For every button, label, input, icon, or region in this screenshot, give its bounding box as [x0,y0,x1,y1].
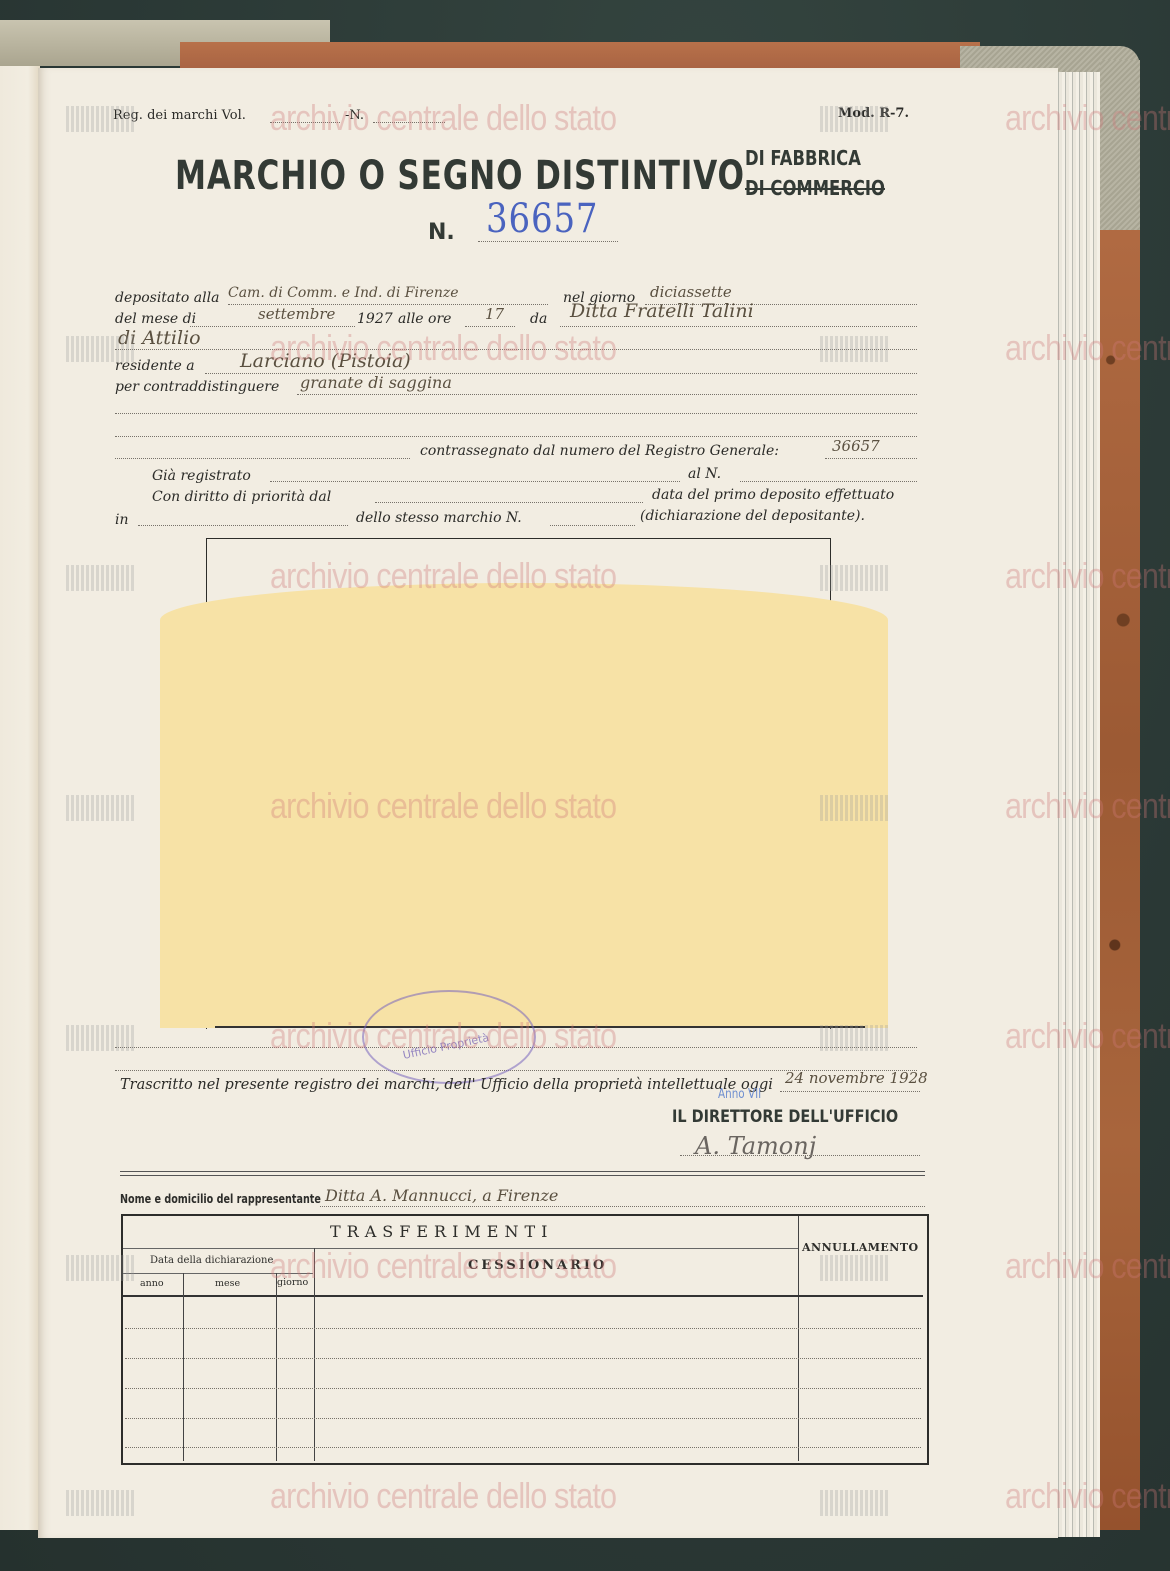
office-stamp: Ufficio Proprietà [362,990,536,1084]
blank-line-2 [115,436,917,437]
header-bottom-line [123,1295,923,1297]
da-label: da [530,311,547,327]
n-field [373,122,445,123]
book-cover-marbled-edge [1098,230,1140,1530]
separator-line-2 [120,1175,925,1176]
left-page-edge [0,40,40,1530]
registro-label: contrassegnato dal numero del Registro G… [420,443,779,459]
stesso-marchio-line [550,525,635,526]
da-line-2 [115,349,917,350]
in-label: in [115,512,129,528]
subtitle-commercio: DI COMMERCIO [745,176,885,200]
priorita-label: Con diritto di priorità dal [152,489,331,505]
annullamento-divider [798,1216,799,1461]
priorita-line [375,502,643,503]
representative-label: Nome e domicilio del rappresentante [120,1192,321,1206]
book-side-cloth [1100,60,1140,235]
registro-line [825,458,917,459]
registro-lead-line [115,458,410,459]
reg-label: Reg. dei marchi Vol. [113,108,246,123]
gia-registrato-label: Già registrato [152,468,251,484]
n-label: -N. [345,108,364,123]
book-cover-top [180,42,980,68]
subtitle-fabbrica: DI FABBRICA [745,146,861,170]
page-stack-edges [1055,72,1100,1537]
page-title: MARCHIO O SEGNO DISTINTIVO [175,153,745,199]
residente-value: Larciano (Pistoia) [240,350,411,372]
col-divider-anno [183,1273,184,1461]
table-row [125,1328,921,1329]
contraddistinguere-label: per contraddistinguere [115,379,279,395]
number-label: N. [428,220,455,245]
registro-value: 36657 [832,437,880,455]
col-annullamento: ANNULLAMENTO [802,1241,919,1254]
col-anno: anno [140,1278,164,1289]
transcription-text: Trascritto nel presente registro dei mar… [120,1077,773,1093]
director-label: IL DIRETTORE DELL'UFFICIO [672,1107,898,1127]
date-group-label: Data della dichiarazione [150,1255,273,1266]
pasted-mark-specimen [160,583,888,1028]
da-value: Ditta Fratelli Talini [570,300,754,322]
col-giorno: giorno [277,1277,308,1288]
al-n-label: al N. [688,466,721,482]
ore-line [465,326,515,327]
ore-label: alle ore [398,311,451,327]
mese-line [190,326,355,327]
stesso-marchio-label: dello stesso marchio N. [356,510,522,526]
table-row [125,1418,921,1419]
table-title: TRASFERIMENTI [330,1222,553,1241]
contraddistinguere-line [297,394,917,395]
signature-line [680,1155,920,1156]
vol-field [270,122,340,123]
in-line [138,525,348,526]
gia-registrato-line [270,481,680,482]
giorno-value: diciassette [650,283,732,301]
contraddistinguere-value: granate di saggina [300,373,452,392]
da-line [560,326,917,327]
mod-label: Mod. R-7. [838,106,909,121]
mese-value: settembre [258,305,335,323]
frame-bottom-line [215,1026,865,1028]
mese-label: del mese di [115,311,196,327]
transcription-date: 24 novembre 1928 [785,1069,928,1087]
date-group-underline [123,1273,313,1274]
da-value-2: di Attilio [118,327,201,349]
depositato-label: depositato alla [115,290,219,306]
col-divider-giorno [314,1248,315,1461]
al-n-line [740,481,917,482]
anno-value: 1927 [357,311,393,327]
depositato-value: Cam. di Comm. e Ind. di Firenze [228,285,459,301]
residente-label: residente a [115,358,195,374]
col-mese: mese [215,1278,240,1289]
number-stamp: 36657 [486,196,598,242]
dichiarazione-label: (dichiarazione del depositante). [640,508,865,524]
stamp-text: Ufficio Proprietà [402,1031,491,1062]
anno-stamp: Anno VII [718,1087,761,1102]
primo-deposito-label: data del primo deposito effettuato [652,487,894,503]
representative-value: Ditta A. Mannucci, a Firenze [325,1186,558,1205]
ore-value: 17 [485,305,504,323]
separator-line-1 [120,1171,925,1172]
blank-line-1 [115,413,917,414]
representative-line [320,1206,925,1207]
transcription-date-line [780,1091,920,1092]
table-row [125,1358,921,1359]
title-underline [123,1248,798,1249]
table-row [125,1447,921,1448]
table-row [125,1388,921,1389]
col-cessionario: CESSIONARIO [468,1258,607,1273]
col-divider-mese [276,1273,277,1461]
